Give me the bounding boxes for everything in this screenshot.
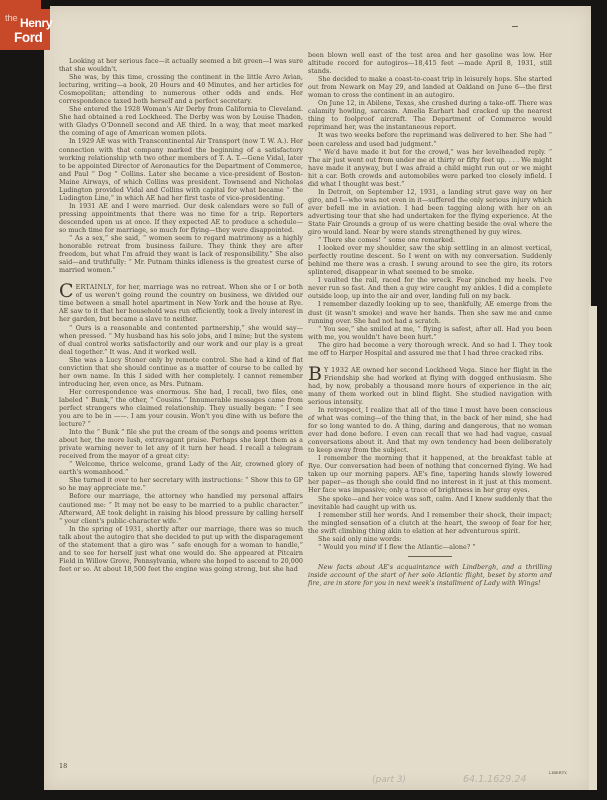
magazine-page: Looking at her serious face—it actually … — [44, 6, 591, 790]
paragraph: “ As a sex,” she said, “ women seem to r… — [59, 234, 303, 274]
paragraph: been blown well east of the test area an… — [308, 51, 552, 75]
quote-emphasis: mind — [359, 543, 375, 551]
paragraph: In the spring of 1931, shortly after our… — [59, 525, 303, 573]
right-column: been blown well east of the test area an… — [308, 51, 552, 587]
handwritten-accession-number: 64.1.1629.24 — [463, 774, 526, 785]
paragraph: She decided to make a coast-to-coast tri… — [308, 75, 552, 99]
paragraph: I looked over my shoulder, saw the ship … — [308, 244, 552, 276]
paragraph: I remember still her words. And I rememb… — [308, 511, 552, 535]
paragraph: Into the “ Bunk ” file she put the cream… — [59, 428, 303, 460]
next-installment-teaser: New facts about AE's acquaintance with L… — [308, 563, 552, 587]
lead-in-caps: ERTAINLY — [76, 283, 112, 291]
logo-corner — [41, 0, 50, 9]
page-number: 18 — [59, 762, 67, 770]
paragraph: “ You see,” she smiled at me, “ flying i… — [308, 325, 552, 341]
paragraph: She entered the 1928 Woman's Air Derby f… — [59, 105, 303, 137]
paragraph: I remember the morning that it happened,… — [308, 454, 552, 494]
divider-rule — [408, 556, 452, 557]
torn-edge — [589, 306, 597, 790]
paragraph: Her correspondence was enormous. She had… — [59, 388, 303, 428]
paragraph: Before our marriage, the attorney who ha… — [59, 492, 303, 524]
paragraph: I remember dazedly looking up to see, th… — [308, 300, 552, 324]
paragraph: “ There she comes! ” some one remarked. — [308, 236, 552, 244]
paragraph: She was, by this time, crossing the cont… — [59, 73, 303, 105]
section-opening-paragraph: CERTAINLY, for her, marriage was no retr… — [59, 283, 303, 323]
paragraph: “ Ours is a reasonable and contented par… — [59, 324, 303, 356]
paragraph: In 1931 AE and I were married. Our desk … — [59, 202, 303, 234]
lead-in-caps: Y 1932 — [324, 366, 349, 374]
quote-text: if I flew the Atlantic—alone? ” — [376, 543, 476, 551]
paragraph: It was two weeks before the reprimand wa… — [308, 131, 552, 147]
henry-ford-logo: the Henry Ford — [0, 0, 50, 50]
logo-the: the — [5, 13, 17, 24]
logo-ford: Ford — [14, 30, 42, 45]
paragraph: I vaulted the rail, raced for the wreck.… — [308, 276, 552, 300]
paragraph: Looking at her serious face—it actually … — [59, 57, 303, 73]
paragraph: The giro had become a very thorough wrec… — [308, 341, 552, 357]
paragraph: “ We'd have made it but for the crowd,” … — [308, 148, 552, 188]
quote-text: “ Would you — [318, 543, 359, 551]
paper-speck — [512, 26, 518, 27]
closing-quote: “ Would you mind if I flew the Atlantic—… — [308, 543, 552, 551]
paragraph: On June 12, in Abilene, Texas, she crash… — [308, 99, 552, 131]
paragraph: She turned it over to her secretary with… — [59, 476, 303, 492]
section-opening-paragraph: BY 1932 AE owned her second Lockheed Veg… — [308, 366, 552, 406]
quoted-telegram: “ Welcome, thrice welcome, grand Lady of… — [59, 460, 303, 476]
paragraph: In retrospect, I realize that all of the… — [308, 406, 552, 454]
paragraph: She spoke—and her voice was soft, calm. … — [308, 495, 552, 511]
drop-cap: B — [308, 367, 322, 382]
handwritten-part-note: (part 3) — [372, 775, 406, 785]
paragraph: In 1929 AE was with Transcontinental Air… — [59, 137, 303, 201]
logo-henry: Henry — [20, 16, 52, 30]
paragraph: In Detroit, on September 12, 1931, a lan… — [308, 188, 552, 236]
paragraph: She said only nine words: — [308, 535, 552, 543]
drop-cap: C — [59, 284, 74, 299]
left-column: Looking at her serious face—it actually … — [59, 57, 303, 573]
publication-mark: LIBERTY, — [549, 771, 568, 775]
paragraph: She was a Lucy Stoner only by remote con… — [59, 356, 303, 388]
